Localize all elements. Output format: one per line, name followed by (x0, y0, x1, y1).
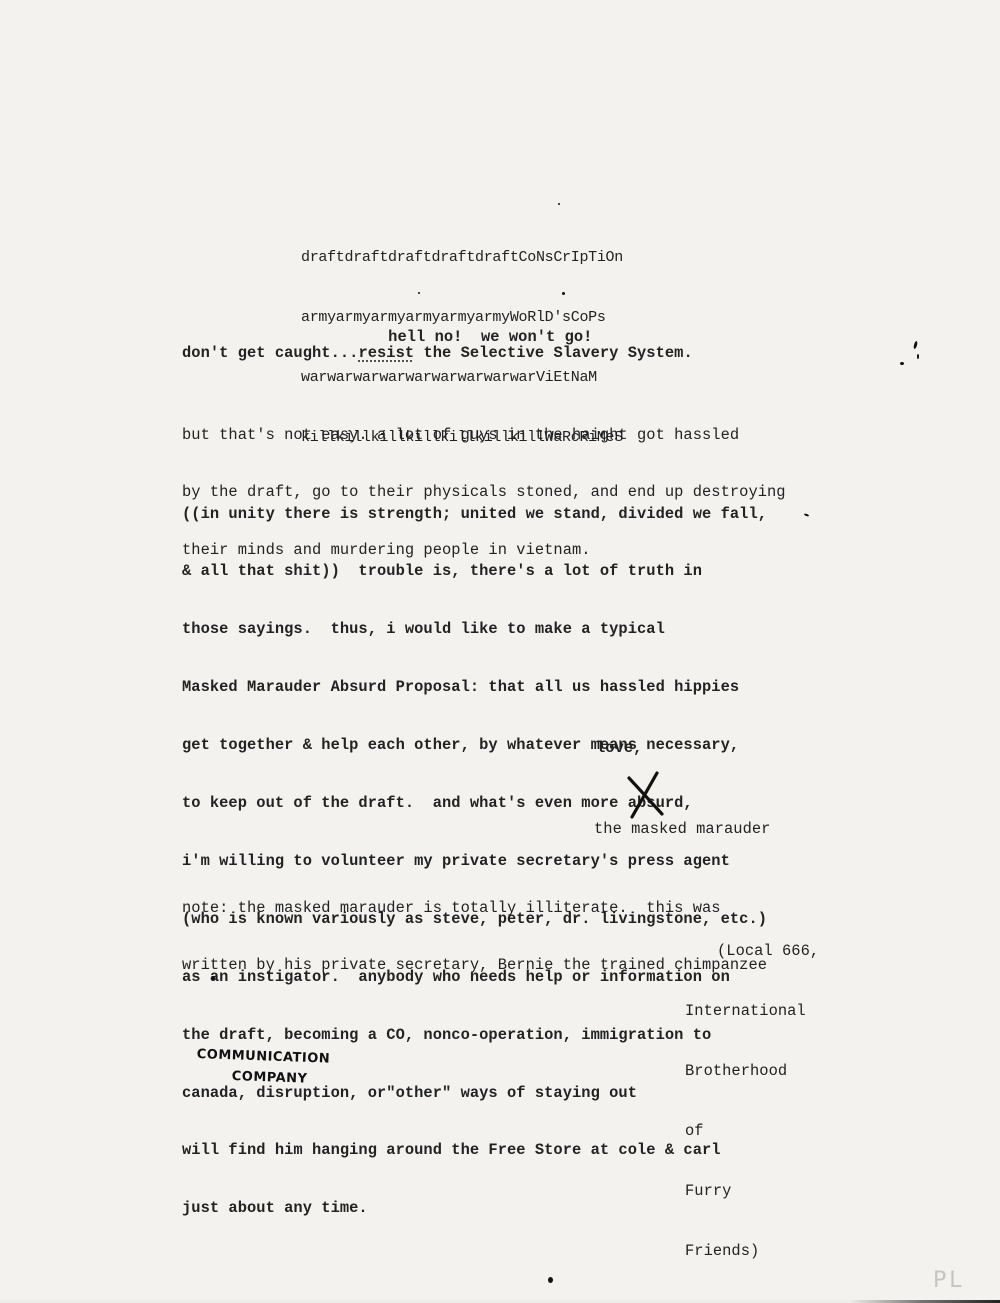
union-line: International (685, 1001, 819, 1021)
paragraph-line: just about any time. (182, 1199, 767, 1218)
ink-speck (211, 976, 215, 980)
margin-initials: PL (933, 1268, 965, 1293)
ink-speck (804, 513, 809, 517)
paragraph-line: the draft, becoming a CO, nonco-operatio… (182, 1026, 767, 1045)
union-line: of (685, 1121, 819, 1141)
union-line: Friends) (685, 1241, 819, 1261)
paragraph-line: to keep out of the draft. and what's eve… (182, 794, 767, 813)
union-line: Furry (685, 1181, 819, 1201)
paragraph-line: get together & help each other, by whate… (182, 736, 767, 755)
paragraph-line: but that's not easy. a lot of guys in th… (182, 426, 786, 445)
paragraph-line: Masked Marauder Absurd Proposal: that al… (182, 678, 767, 697)
signature-x-mark (624, 770, 666, 820)
ink-speck (418, 292, 420, 294)
ink-speck (558, 203, 560, 205)
intro-before: don't get caught... (182, 344, 358, 362)
note-line: note: the masked marauder is totally ill… (182, 899, 767, 918)
ink-speck (913, 341, 918, 350)
paragraph-line: ((in unity there is strength; united we … (182, 505, 767, 524)
intro-line: don't get caught...resist the Selective … (182, 344, 693, 363)
signature-name: the masked marauder (594, 820, 770, 839)
note-block: note: the masked marauder is totally ill… (182, 860, 767, 1014)
intro-after: the Selective Slavery System. (414, 344, 693, 362)
ink-speck (562, 292, 565, 295)
ink-speck (548, 1277, 553, 1283)
union-line: Brotherhood (685, 1061, 819, 1081)
note-line: written by his private secretary, Bernie… (182, 956, 767, 975)
paragraph-line: those sayings. thus, i would like to mak… (182, 620, 767, 639)
paragraph-line: canada, disruption, or"other" ways of st… (182, 1084, 767, 1103)
ink-speck (900, 362, 904, 365)
ink-speck (917, 354, 919, 359)
closing-love: love, (596, 739, 642, 758)
intro-emphasis-resist: resist (358, 344, 414, 362)
header-line-conscription: draftdraftdraftdraftdraftCoNsCrIpTiOn (301, 248, 623, 268)
header-line-vietnam: warwarwarwarwarwarwarwarwarViEtNaM (301, 368, 623, 388)
paragraph-line: & all that shit)) trouble is, there's a … (182, 562, 767, 581)
handwritten-stamp-line2: COMPANY (231, 1069, 307, 1087)
document-page: draftdraftdraftdraftdraftCoNsCrIpTiOn ar… (0, 0, 1000, 1303)
union-line: (Local 666, (685, 941, 819, 961)
union-affiliation: (Local 666, International Brotherhood of… (685, 901, 819, 1301)
paragraph-line: will find him hanging around the Free St… (182, 1141, 767, 1160)
